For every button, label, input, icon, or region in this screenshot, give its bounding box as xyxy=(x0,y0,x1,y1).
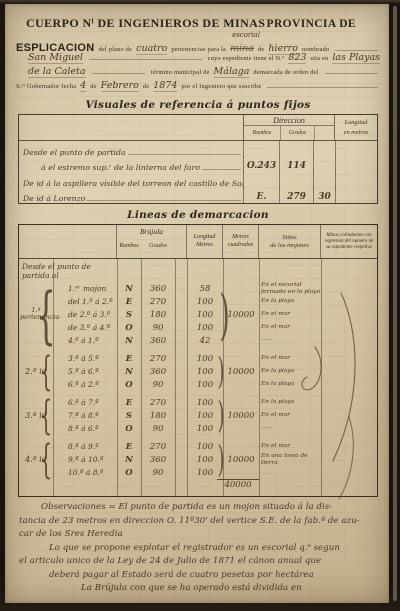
longitud-cell: 100 xyxy=(187,323,223,333)
sitio-cell: En el mar xyxy=(259,311,321,317)
observation-line: el articulo unico de la Ley de 24 de Jul… xyxy=(19,556,377,570)
visuales-row: Desde el punto de partida xyxy=(19,141,377,157)
superscript-correction: escorial xyxy=(232,31,260,39)
tramo-cell: 6.ª á 7.ª xyxy=(53,398,117,407)
visuales-table-header: Direccion Rumbos Grados Longitud en metr… xyxy=(19,115,377,141)
group-bracket: ) xyxy=(218,395,225,436)
document-page: CUERPO Nˡ DE INGENIEROS DE MINAS PROVINC… xyxy=(5,4,389,603)
pertenencia-group-1: 1.ª pertenencia { ) 10000 1.ᵉʳ mojon N 3… xyxy=(19,282,377,347)
observation-line: Lo que se propone esplotar el registrado… xyxy=(19,543,377,557)
printed-text: S.ᵒʳ Gobernador fecha xyxy=(16,83,76,90)
sitio-cell: En una loma de tierra xyxy=(259,453,321,465)
corrected-word: mina escorial xyxy=(230,38,254,56)
visual-description: á el estremo sup.ʳ de la linterna del fa… xyxy=(19,163,243,172)
printed-text: demarcada de orden del xyxy=(253,69,318,76)
tramo-cell: de 3.º á 4.º xyxy=(53,323,117,332)
partida-label: Desde el punto de partida al xyxy=(19,261,118,282)
rumbo-cell: S xyxy=(117,411,141,421)
demarcacion-table-header: Brújula Rumbos Grados Longitud Metros Me… xyxy=(19,225,377,259)
sitio-cell: En el mar xyxy=(259,324,321,330)
rumbo-cell: O xyxy=(117,380,141,390)
location-name-2: de la Caleta xyxy=(28,66,86,78)
superficie-value: 10000 xyxy=(225,455,257,465)
printed-text: por el Ingeniero que suscribe xyxy=(181,83,261,90)
group-bracket: ) xyxy=(218,351,225,392)
printed-text: de xyxy=(258,46,264,53)
tramo-cell: 6.ª á 2.ª xyxy=(53,380,117,389)
blank-rule xyxy=(89,59,202,60)
table-row: 9.ª á 10.ª N 360 100 En una loma de tier… xyxy=(19,453,377,466)
visuales-row: De id á la aspillera visible del torreon… xyxy=(19,172,377,188)
printed-text: sita en xyxy=(310,55,328,62)
group-bracket: ) xyxy=(218,439,225,480)
grados-cell: 279 xyxy=(279,187,313,204)
rumbos-cell: O.243 xyxy=(243,156,279,173)
visual-description-text: De id á Lorenzo xyxy=(23,194,85,203)
group-brace: { xyxy=(40,393,53,439)
dotted-leader xyxy=(202,169,241,170)
sitios-header: Sitios de los mojones xyxy=(259,225,321,258)
empty-header-cell xyxy=(19,115,243,140)
rumbo-cell: E xyxy=(117,354,141,364)
sitio-cell: En la playa xyxy=(259,368,321,374)
longitud-cell xyxy=(335,171,377,188)
minutes-value: 30 xyxy=(318,192,331,202)
grados-cell: 90 xyxy=(141,468,175,478)
tramo-cell: 10.ª á 8.ª xyxy=(53,468,117,477)
table-row: 10.ª á 8.ª O 90 100 xyxy=(19,466,377,479)
observation-line: deberá pagar al Estado será de cuatro pe… xyxy=(19,570,377,584)
visual-description: Desde el punto de partida xyxy=(19,148,243,157)
table-row: 4.º á 1.º N 360 42 —— xyxy=(19,334,377,347)
grados-cell: 90 xyxy=(141,323,175,333)
rumbo-cell: S xyxy=(117,310,141,320)
tramo-cell: 9.ª á 10.ª xyxy=(53,455,117,464)
municipality-name: Málaga xyxy=(214,66,250,78)
demarcacion-title: Lineas de demarcacion xyxy=(16,209,380,221)
rumbos-value: O.243 xyxy=(247,161,276,171)
sitio-cell: En el mar xyxy=(259,412,321,418)
visual-description: De id á Lorenzo xyxy=(19,194,243,203)
table-row: 3.ª á 5.ª E 270 100 En el mar xyxy=(19,352,377,365)
mojones-label: de los mojones xyxy=(270,242,309,250)
longitud-header: Longitud en metros xyxy=(335,115,377,140)
group-brace: { xyxy=(40,349,53,395)
location-name: las Playas xyxy=(332,52,380,64)
esplicacion-line-3: de la Caleta término municipal de Málaga… xyxy=(28,66,380,80)
table-row: 8.ª á 9.ª E 270 100 En el mar xyxy=(19,440,377,453)
printed-text: de xyxy=(143,83,149,90)
date-year: 1874 xyxy=(153,80,177,92)
sitio-cell: —— xyxy=(259,425,321,431)
longitud-label: Longitud xyxy=(335,119,377,126)
brujula-label: Brújula xyxy=(140,227,163,236)
minutes-cell xyxy=(313,140,335,157)
longitud-cell xyxy=(335,140,377,157)
superficie-value: 10000 xyxy=(225,310,257,320)
grados-value: 114 xyxy=(287,161,306,171)
metros-label: Metros xyxy=(196,242,213,249)
table-row: 1.ᵉʳ mojon N 360 … 58 En el escorial for… xyxy=(19,282,377,295)
grados-value: 279 xyxy=(287,192,306,202)
superficie-value: 10000 xyxy=(225,367,257,377)
rumbos-cell: E. xyxy=(243,187,279,204)
grados-cell xyxy=(279,171,313,188)
handwritten-pertenencias: cuatro xyxy=(136,43,167,55)
printed-text: del plano de xyxy=(98,46,132,53)
sitio-cell: En la playa xyxy=(259,381,321,387)
rumbo-cell: O xyxy=(117,323,141,333)
visuales-row: De id á Lorenzo E. 279 30 xyxy=(19,188,377,204)
sitio-cell: En el mar xyxy=(259,443,321,449)
cuadrados-label: cuadrados xyxy=(228,242,253,249)
tramo-cell: 8.ª á 9.ª xyxy=(53,442,117,451)
esplicacion-section: ESPLICACION del plano de cuatro pertenen… xyxy=(16,38,380,94)
grados-cell: 360 xyxy=(141,367,175,377)
grados-cell: 360 xyxy=(141,284,175,294)
demarcacion-table-body: Desde el punto de partida al 1.ª pertene… xyxy=(19,259,377,496)
printed-text: pertenencias para la xyxy=(171,46,226,53)
grados-cell: 90 xyxy=(141,380,175,390)
tramo-cell: 7.ª á 8.ª xyxy=(53,411,117,420)
grados-cell: 360 xyxy=(141,336,175,346)
tramo-cell: 8.ª á 6.ª xyxy=(53,424,117,433)
visual-description: De id á la aspillera visible del torreon… xyxy=(19,179,243,188)
dotted-leader xyxy=(87,200,241,201)
rumbos-value: E. xyxy=(257,192,267,202)
rumbos-label: Rumbos xyxy=(244,130,280,136)
en-metros-label: en metros xyxy=(335,129,377,136)
table-row: 6.ª á 7.ª E 270 100 En la playa xyxy=(19,396,377,409)
dotted-leader xyxy=(128,154,241,155)
longitud-label: Longitud xyxy=(194,234,216,241)
direccion-header: Direccion Rumbos Grados xyxy=(243,115,335,140)
minutes-label xyxy=(314,126,336,140)
grados-cell: 270 xyxy=(141,354,175,364)
grados-cell: 180 xyxy=(141,310,175,320)
grados-label: Grados xyxy=(280,126,314,140)
visuales-title: Visuales de referencia á puntos fijos xyxy=(16,99,380,111)
blank-rule xyxy=(92,73,145,74)
minutes-cell xyxy=(313,156,335,173)
printed-text: de xyxy=(90,83,96,90)
demarcacion-table: Brújula Rumbos Grados Longitud Metros Me… xyxy=(18,224,378,497)
pertenencia-group-4: 4.ª id { ) 10000 8.ª á 9.ª E 270 100 En … xyxy=(19,440,377,479)
rumbo-cell: E xyxy=(117,398,141,408)
tramo-cell: 1.ᵉʳ mojon xyxy=(53,284,117,293)
minutes-cell: 30 xyxy=(313,187,335,204)
longitud-cell xyxy=(335,187,377,204)
group-brace: { xyxy=(40,437,53,483)
table-row: de 3.º á 4.º O 90 100 En el mar xyxy=(19,321,377,334)
rumbo-cell: N xyxy=(117,367,141,377)
direccion-subheader: Rumbos Grados xyxy=(244,126,334,140)
tramo-cell: 5.ª á 6.ª xyxy=(53,367,117,376)
mine-name: San Miguel xyxy=(28,52,83,64)
group-brace: { xyxy=(36,278,56,351)
province-label: PROVINCIA DE xyxy=(267,18,356,30)
table-row: 5.ª á 6.ª N 360 100 En la playa xyxy=(19,365,377,378)
visual-description-text: Desde el punto de partida xyxy=(23,148,126,157)
struck-word: mina xyxy=(230,43,254,54)
brujula-subheader: Rumbos Grados xyxy=(117,236,186,258)
grados-cell xyxy=(279,140,313,157)
pertenencia-group-2: 2.ª id { ) 10000 3.ª á 5.ª E 270 100 En … xyxy=(19,352,377,391)
grados-cell: 270 xyxy=(141,442,175,452)
observations-section: Observaciones = El punto de partida es u… xyxy=(16,502,380,597)
sitio-cell: En el escorial formado en la playa xyxy=(259,282,321,294)
rumbos-cell xyxy=(243,171,279,188)
date-month: Febrero xyxy=(101,80,139,92)
rumbo-cell: E xyxy=(117,442,141,452)
date-day: 4 xyxy=(80,80,86,92)
rumbo-cell: N xyxy=(117,284,141,294)
rumbo-cell: O xyxy=(117,468,141,478)
rumbo-cell: O xyxy=(117,424,141,434)
table-row: del 1.º á 2.º E 270 100 En la playa xyxy=(19,295,377,308)
grados-cell: 360 xyxy=(141,455,175,465)
metros-cuadrados-header: Metros cuadrados xyxy=(223,225,259,258)
rumbo-cell: E xyxy=(117,297,141,307)
printed-text: término municipal de xyxy=(151,69,210,76)
grados-cell: 114 xyxy=(279,156,313,173)
tramo-cell: de 2.º á 3.º xyxy=(53,310,117,319)
rumbos-label: Rumbos xyxy=(117,243,141,250)
longitud-cell xyxy=(335,156,377,173)
masthead: CUERPO Nˡ DE INGENIEROS DE MINAS PROVINC… xyxy=(16,13,380,31)
sitio-cell: —— xyxy=(259,337,321,343)
tramo-cell: 4.º á 1.º xyxy=(53,336,117,345)
esplicacion-line-1: ESPLICACION del plano de cuatro pertenen… xyxy=(16,38,380,52)
tramo-cell: del 1.º á 2.º xyxy=(53,297,117,306)
table-row: 7.ª á 8.ª S 180 100 En el mar xyxy=(19,409,377,422)
visuales-row: á el estremo sup.ʳ de la linterna del fa… xyxy=(19,157,377,173)
esplicacion-line-2: San Miguel cuyo espediente tiene el N.º … xyxy=(28,52,380,66)
file-number: 823 xyxy=(288,52,306,64)
visuales-table: Direccion Rumbos Grados Longitud en metr… xyxy=(18,114,378,204)
tramo-cell: 3.ª á 5.ª xyxy=(53,354,117,363)
grados-cell: 180 xyxy=(141,411,175,421)
page-edge xyxy=(393,6,397,601)
pertenencia-group-3: 3.ª id { ) 10000 6.ª á 7.ª E 270 100 En … xyxy=(19,396,377,435)
blank-rule xyxy=(267,87,378,88)
blank-rule xyxy=(335,50,378,51)
table-row: 8.ª á 6.ª O 90 100 —— xyxy=(19,422,377,435)
grados-cell: 90 xyxy=(141,424,175,434)
observation-line: Observaciones = El punto de partida es u… xyxy=(19,502,377,516)
empty-header-cell xyxy=(19,225,117,258)
observation-line: tancia de 23 metros en direccion O. 11º3… xyxy=(19,516,377,530)
direccion-label: Direccion xyxy=(244,115,334,126)
visual-description-text: á el estremo sup.ʳ de la linterna del fa… xyxy=(41,163,200,172)
minutes-cell xyxy=(313,171,335,188)
dots-cell: … xyxy=(175,286,187,292)
rumbo-cell: N xyxy=(117,455,141,465)
visual-description-text: De id á la aspillera visible del torreon… xyxy=(23,179,243,188)
printed-text: cuyo espediente tiene el N.º xyxy=(208,55,285,62)
photo-background: CUERPO Nˡ DE INGENIEROS DE MINAS PROVINC… xyxy=(0,0,400,611)
table-row: 6.ª á 2.ª O 90 100 En la playa xyxy=(19,378,377,391)
esplicacion-line-4: S.ᵒʳ Gobernador fecha 4 de Febrero de 18… xyxy=(16,80,380,94)
table-row: de 2.º á 3.º S 180 100 En el mar xyxy=(19,308,377,321)
rumbo-cell: N xyxy=(117,336,141,346)
rumbos-cell xyxy=(243,140,279,157)
sitio-cell: En la playa xyxy=(259,298,321,304)
longitud-header: Longitud Metros xyxy=(187,225,223,258)
superficie-value: 10000 xyxy=(225,411,257,421)
corps-title: CUERPO Nˡ DE INGENIEROS DE MINAS xyxy=(26,16,265,31)
minas-colindantes-header: Minas colindantes con espresion del nume… xyxy=(321,225,377,258)
longitud-cell: 100 xyxy=(187,310,223,320)
grados-cell: 270 xyxy=(141,297,175,307)
sitios-label: Sitios xyxy=(282,234,296,242)
observation-line: La Brújula con que se ha operado está di… xyxy=(19,583,377,597)
observation-line: car de los Sres Heredia xyxy=(19,529,377,543)
longitud-cell: 58 xyxy=(187,284,223,294)
grados-cell: 270 xyxy=(141,398,175,408)
longitud-cell: 42 xyxy=(187,336,223,346)
grados-label: Grados xyxy=(141,243,175,250)
metros-label: Metros xyxy=(232,234,249,241)
sitio-cell: En el mar xyxy=(259,355,321,361)
sitio-cell: En la playa xyxy=(259,399,321,405)
longitud-cell: 100 xyxy=(187,297,223,307)
brujula-header: Brújula Rumbos Grados xyxy=(117,225,187,258)
blank-rule xyxy=(325,73,378,74)
